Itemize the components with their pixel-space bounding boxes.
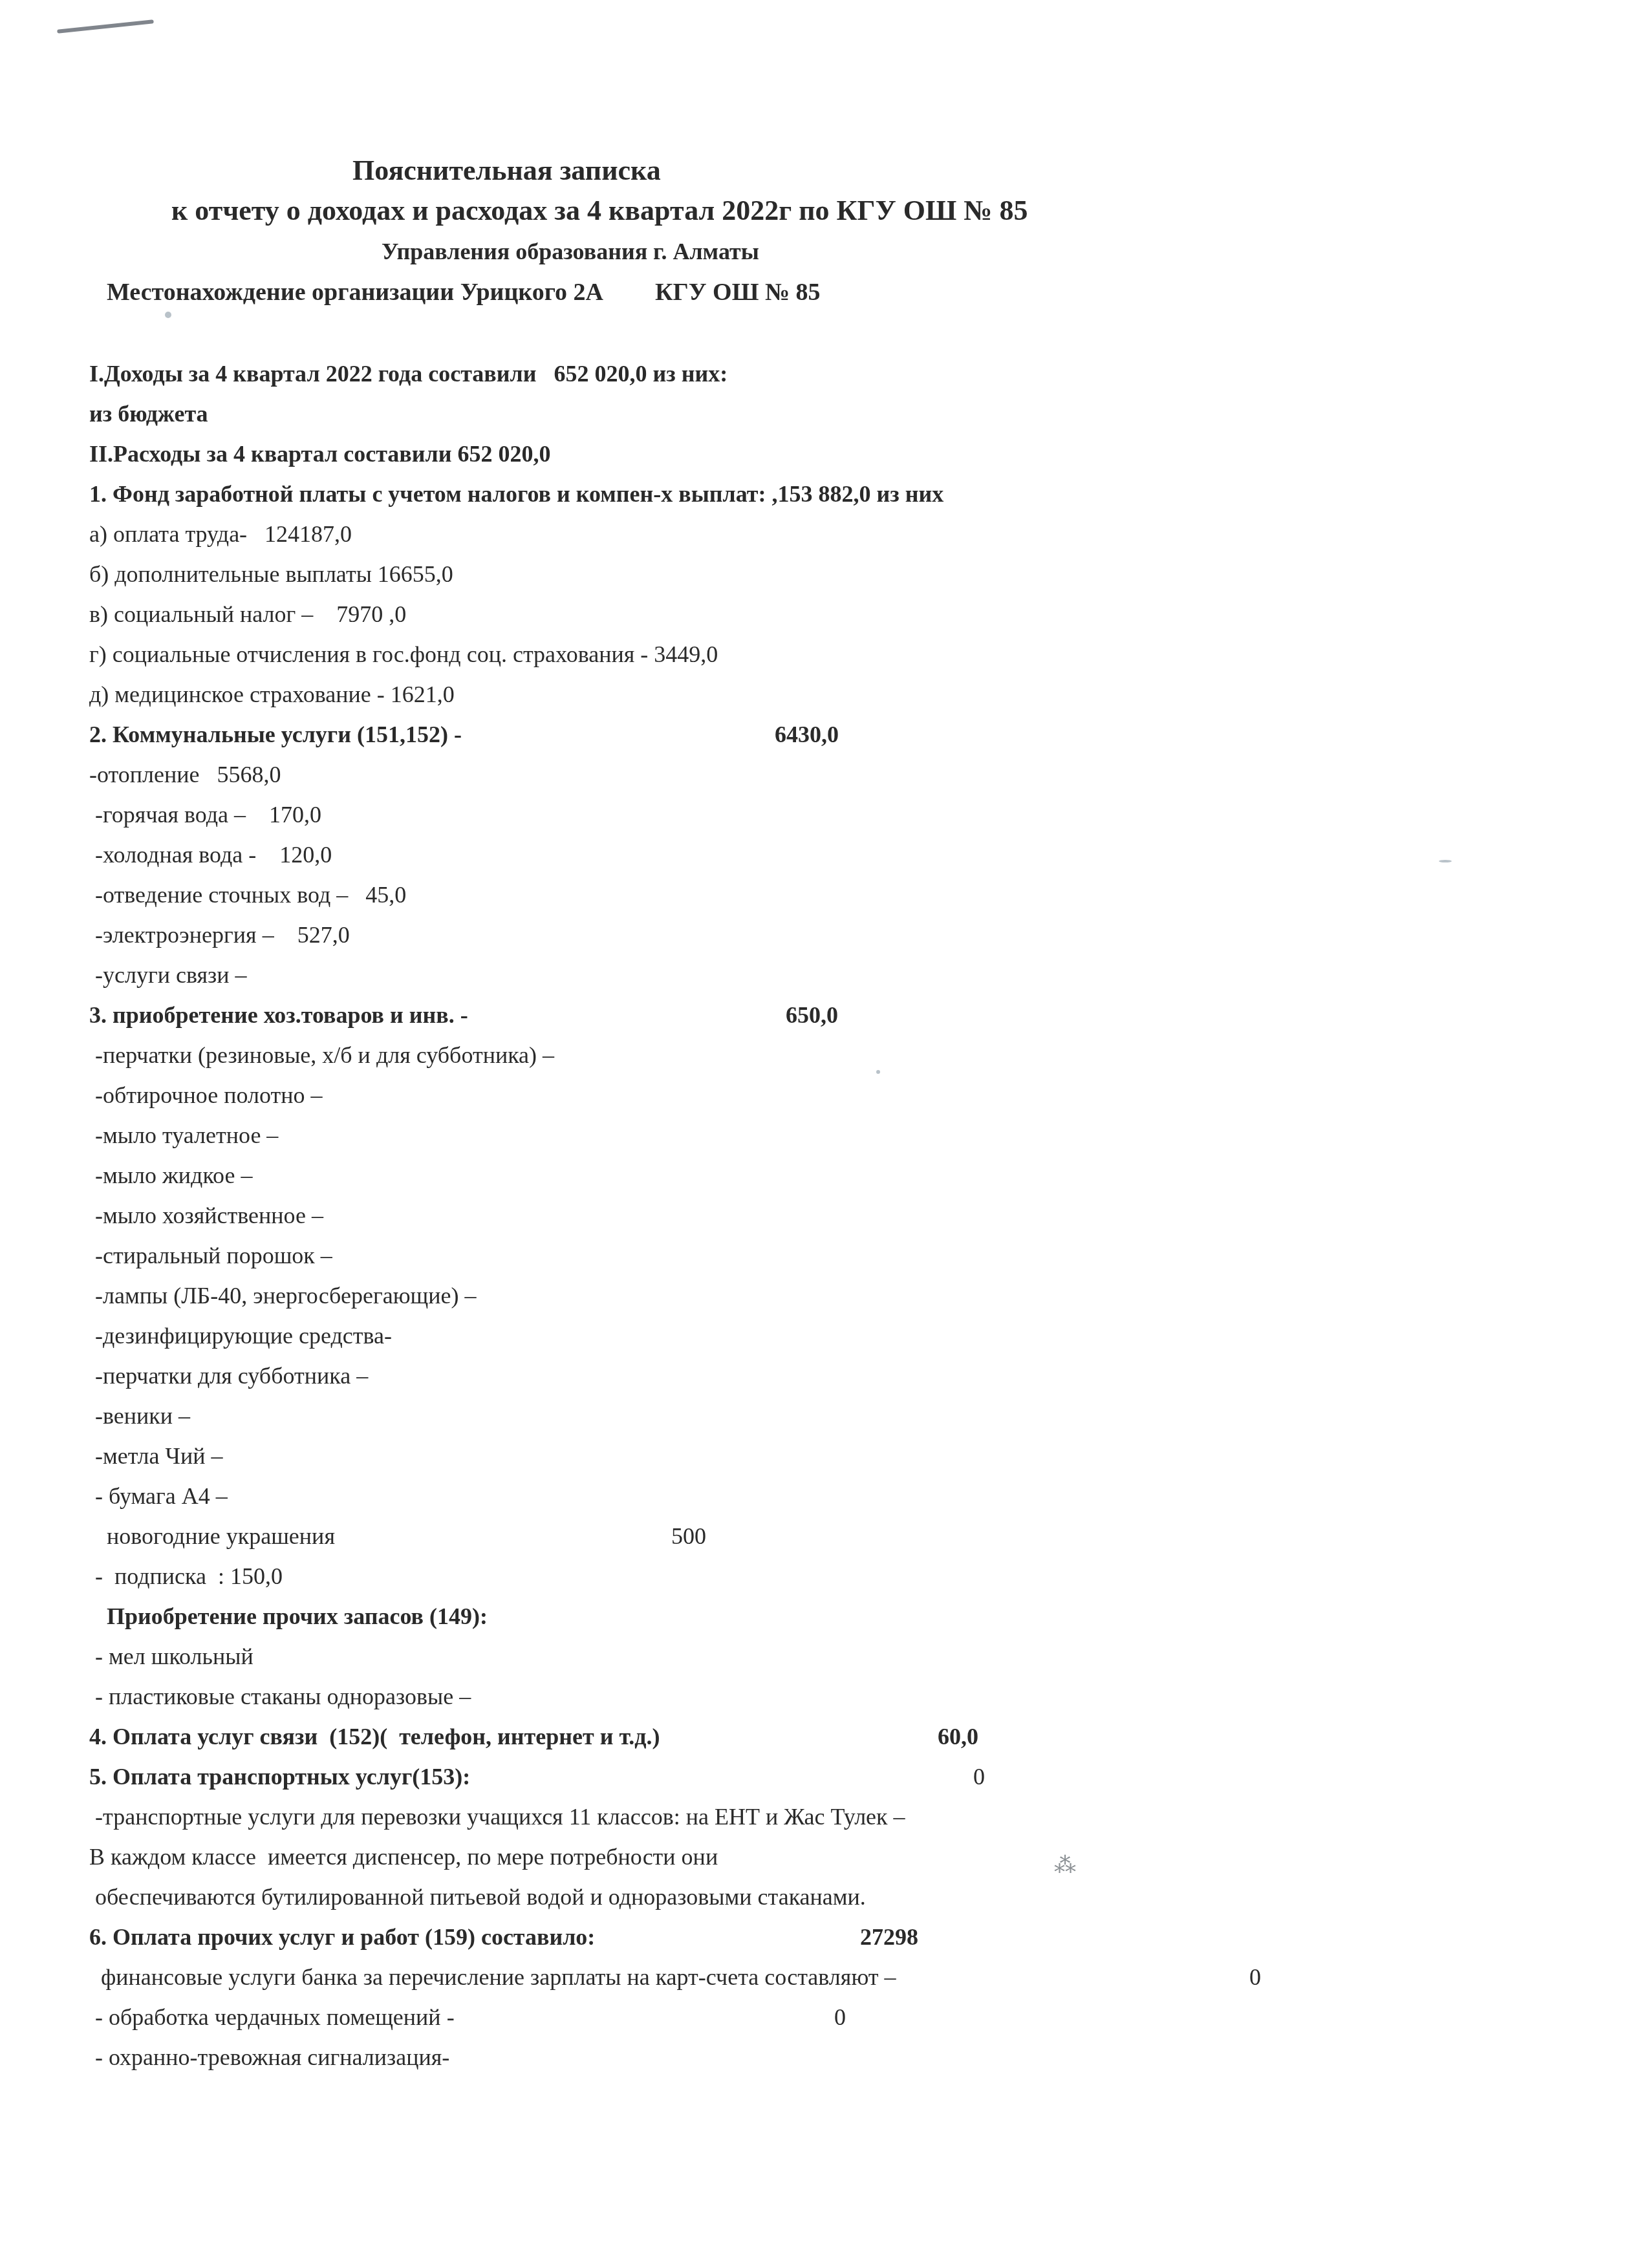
subscription-line: - подписка : 150,0	[89, 1563, 283, 1590]
section1-item: д) медицинское страхование - 1621,0	[89, 681, 455, 708]
section2-item: -отопление 5568,0	[89, 761, 281, 788]
section3-total: 650,0	[786, 1001, 838, 1029]
section3-item: -дезинфицирующие средства-	[89, 1322, 392, 1349]
attic-treatment-label: - обработка чердачных помещений -	[89, 2004, 455, 2031]
other-stock-heading: Приобретение прочих запасов (149):	[107, 1603, 488, 1630]
section2-item: -электроэнергия – 527,0	[89, 921, 350, 948]
section3-item: -мыло жидкое –	[89, 1162, 252, 1189]
section3-item: -мыло хозяйственное –	[89, 1202, 323, 1229]
attic-treatment-value: 0	[834, 2004, 846, 2031]
section2-heading: 2. Коммунальные услуги (151,152) -	[89, 721, 462, 748]
section4-total: 60,0	[938, 1723, 978, 1750]
section6-heading: 6. Оплата прочих услуг и работ (159) сос…	[89, 1923, 595, 1951]
section2-item: -услуги связи –	[89, 961, 247, 989]
document-title: Пояснительная записка	[0, 154, 1649, 187]
scan-speck	[1439, 860, 1452, 862]
section1-item: г) социальные отчисления в гос.фонд соц.…	[89, 641, 718, 668]
scan-speck	[876, 1070, 880, 1074]
section2-total: 6430,0	[775, 721, 839, 748]
bank-fees-label: финансовые услуги банка за перечисление …	[89, 1963, 896, 1991]
section5-item: обеспечиваются бутилированной питьевой в…	[89, 1883, 866, 1910]
section3-item: -лампы (ЛБ-40, энергосберегающие) –	[89, 1282, 477, 1309]
section1-item: в) социальный налог – 7970 ,0	[89, 601, 406, 628]
section1-item: а) оплата труда- 124187,0	[89, 520, 352, 548]
section5-heading: 5. Оплата транспортных услуг(153):	[89, 1763, 470, 1790]
section5-total: 0	[973, 1763, 985, 1790]
section5-item: В каждом классе имеется диспенсер, по ме…	[89, 1843, 718, 1870]
section3-item: -перчатки (резиновые, х/б и для субботни…	[89, 1042, 554, 1069]
section3-item: -стиральный порошок –	[89, 1242, 332, 1269]
section3-item: -обтирочное полотно –	[89, 1082, 322, 1109]
location-label: Местонахождение организации Урицкого 2А	[107, 279, 603, 306]
section5-item: -транспортные услуги для перевозки учащи…	[89, 1803, 905, 1830]
section6-total: 27298	[860, 1923, 918, 1951]
section1-item: б) дополнительные выплаты 16655,0	[89, 561, 453, 588]
income-line: I.Доходы за 4 квартал 2022 года составил…	[89, 360, 727, 387]
income-source: из бюджета	[89, 400, 208, 427]
section3-item: -перчатки для субботника –	[89, 1362, 368, 1389]
section4-heading: 4. Оплата услуг связи (152)( телефон, ин…	[89, 1723, 660, 1750]
section3-heading: 3. приобретение хоз.товаров и инв. -	[89, 1001, 468, 1029]
org-name: КГУ ОШ № 85	[655, 279, 821, 306]
section3-item: -мыло туалетное –	[89, 1122, 278, 1149]
pen-mark	[57, 19, 154, 34]
section1-heading: 1. Фонд заработной платы с учетом налого…	[89, 480, 943, 508]
section3-item: -веники –	[89, 1402, 190, 1429]
document-subtitle: к отчету о доходах и расходах за 4 кварт…	[0, 194, 1649, 227]
bank-fees-value: 0	[1249, 1963, 1261, 1991]
decorations-label: новогодние украшения	[107, 1523, 335, 1550]
other-stock-item: - мел школьный	[89, 1643, 253, 1670]
location-line: Местонахождение организации Урицкого 2АК…	[0, 278, 1649, 306]
section2-item: -отведение сточных вод – 45,0	[89, 881, 406, 908]
expenses-line: II.Расходы за 4 квартал составили 652 02…	[89, 440, 550, 467]
section3-item: - бумага А4 –	[89, 1482, 228, 1510]
section2-item: -холодная вода - 120,0	[89, 841, 332, 868]
department: Управления образования г. Алматы	[0, 238, 1649, 265]
section3-item: -метла Чий –	[89, 1442, 222, 1470]
section2-item: -горячая вода – 170,0	[89, 801, 321, 828]
scan-speck	[165, 312, 171, 318]
alarm-label: - охранно-тревожная сигнализация-	[89, 2044, 449, 2071]
decorations-value: 500	[671, 1523, 706, 1550]
stamp-smudge: ⁂	[1054, 1852, 1125, 1878]
other-stock-item: - пластиковые стаканы одноразовые –	[89, 1683, 471, 1710]
